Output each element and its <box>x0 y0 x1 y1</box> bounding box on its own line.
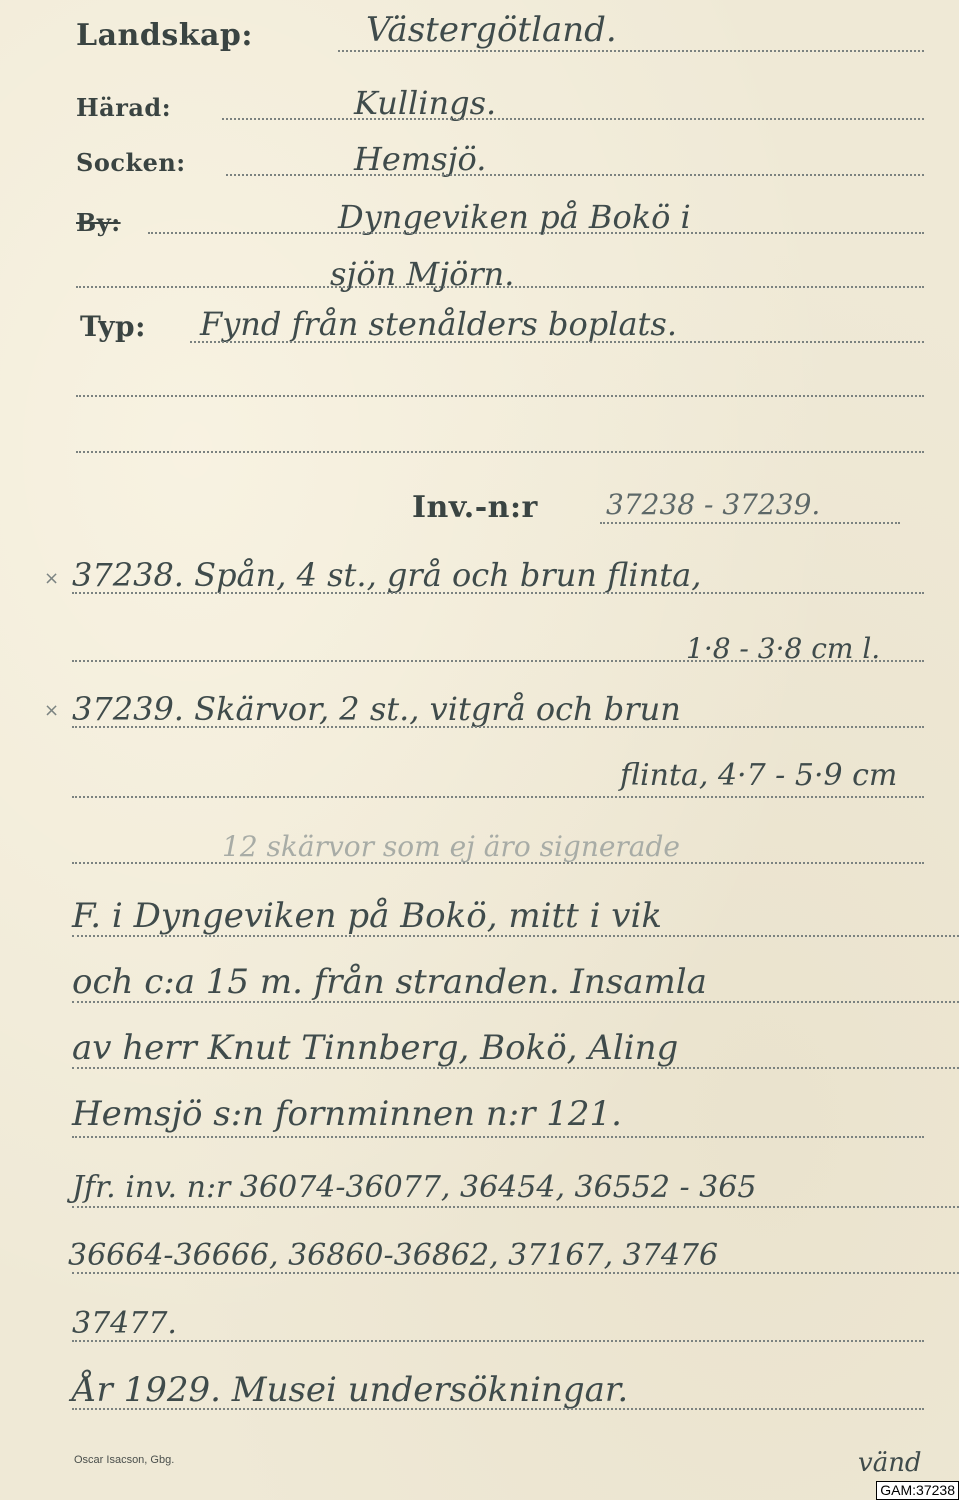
note-line-5: Jfr. inv. n:r 36074-36077, 36454, 36552 … <box>72 1170 756 1205</box>
typ-label: Typ: <box>80 310 146 343</box>
note-rule-6 <box>72 1272 959 1274</box>
note-rule-1 <box>72 935 959 937</box>
harad-value: Kullings. <box>354 84 496 122</box>
harad-line <box>222 118 924 120</box>
printer-imprint: Oscar Isacson, Gbg. <box>74 1454 174 1466</box>
socken-label: Socken: <box>76 148 186 177</box>
inventory-line <box>600 522 900 524</box>
turn-over-note: vänd <box>858 1448 922 1478</box>
blank-line-1 <box>76 395 924 397</box>
note-rule-7 <box>72 1340 924 1342</box>
note-line-4: Hemsjö s:n fornminnen n:r 121. <box>72 1094 622 1134</box>
catalog-id-stamp: GAM:37238 <box>876 1481 959 1500</box>
socken-value: Hemsjö. <box>354 140 486 178</box>
item-37239-rule-1 <box>72 726 924 728</box>
note-line-3: av herr Knut Tinnberg, Bokö, Aling <box>72 1028 678 1068</box>
socken-line <box>226 174 924 176</box>
by-line-2 <box>76 286 924 288</box>
note-rule-2 <box>72 1001 959 1003</box>
note-rule-5 <box>72 1206 959 1208</box>
note-line-7: 37477. <box>72 1306 177 1341</box>
checked-mark-icon: × <box>44 568 59 589</box>
faint-note: 12 skärvor som ej äro signerade <box>222 830 680 863</box>
note-rule-4 <box>72 1136 924 1138</box>
by-value-line1: Dyngeviken på Bokö i <box>338 198 691 236</box>
note-line-1: F. i Dyngeviken på Bokö, mitt i vik <box>72 896 662 936</box>
note-line-2: och c:a 15 m. från stranden. Insamla <box>72 962 707 1002</box>
inventory-value: 37238 - 37239. <box>606 488 820 521</box>
landskap-line <box>338 50 924 52</box>
harad-label: Härad: <box>76 93 171 122</box>
item-37239-rule-2 <box>72 796 924 798</box>
landskap-label: Landskap: <box>76 18 253 53</box>
typ-value: Fynd från stenålders boplats. <box>200 305 677 343</box>
item-37239-line2: flinta, 4·7 - 5·9 cm <box>620 758 897 793</box>
catalog-card: Landskap: Västergötland. Härad: Kullings… <box>0 0 959 1500</box>
by-label: By: <box>76 208 121 237</box>
item-37239-line1: 37239. Skärvor, 2 st., vitgrå och brun <box>72 690 681 728</box>
landskap-value: Västergötland. <box>366 10 617 50</box>
item-37238-rule-2 <box>72 660 924 662</box>
typ-line <box>190 341 924 343</box>
by-line-1 <box>148 232 924 234</box>
note-rule-3 <box>72 1067 959 1069</box>
note-line-8: År 1929. Musei undersökningar. <box>72 1370 628 1410</box>
note-rule-8 <box>72 1408 924 1410</box>
item-37238-line1: 37238. Spån, 4 st., grå och brun flinta, <box>72 556 701 594</box>
checked-mark-icon: × <box>44 700 59 721</box>
item-37238-rule-1 <box>72 592 924 594</box>
blank-line-2 <box>76 451 924 453</box>
note-line-6: 36664-36666, 36860-36862, 37167, 37476 <box>68 1238 718 1273</box>
faint-note-rule <box>72 862 924 864</box>
inventory-label: Inv.-n:r <box>412 490 538 525</box>
